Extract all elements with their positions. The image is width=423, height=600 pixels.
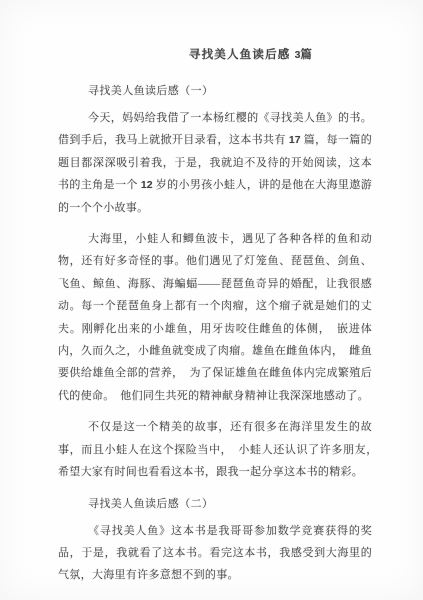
document-page: 寻找美人鱼读后感 3篇 寻找美人鱼读后感（一） 今天，妈妈给我借了一本杨红樱的《… [0, 0, 423, 600]
section-1-heading: 寻找美人鱼读后感（一） [58, 80, 372, 102]
document-title: 寻找美人鱼读后感 3篇 [130, 46, 372, 64]
section-1-paragraph-1: 今天，妈妈给我借了一本杨红樱的《寻找美人鱼》的书。借到手后，我马上就掀开目录看，… [58, 107, 372, 219]
section-1-paragraph-3: 不仅是这一个精美的故事，还有很多在海洋里发生的故事，而且小蛙人在这个探险当中， … [58, 416, 372, 483]
section-2-paragraph-1: 《寻找美人鱼》这本书是我哥哥参加数学竞赛获得的奖品，于是，我就看了这本书。看完这… [58, 520, 372, 587]
section-2-heading: 寻找美人鱼读后感（二） [58, 493, 372, 515]
section-1-paragraph-2: 大海里，小蛙人和鲫鱼波卡，遇见了各种各样的鱼和动物，还有好多奇怪的事。他们遇见了… [58, 228, 372, 407]
